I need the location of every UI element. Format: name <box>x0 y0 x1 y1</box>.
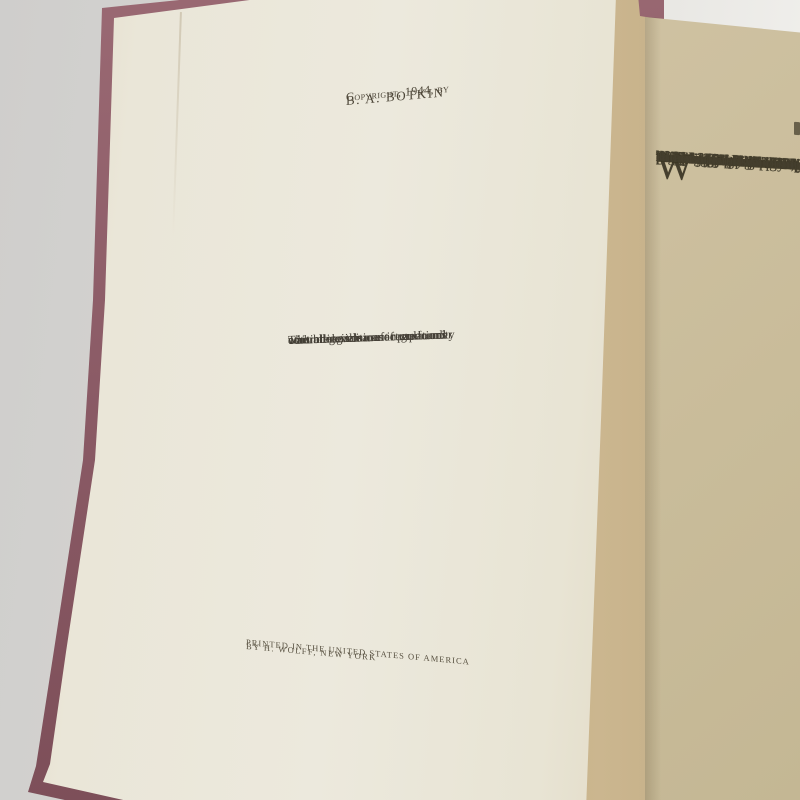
gutter-shadow <box>645 17 661 800</box>
photo-of-open-book: Copyright, 1944, by B. A. BOTKIN This bo… <box>0 0 800 800</box>
cutoff-character-fragment <box>794 122 800 135</box>
wartime-notice-line: other materials. <box>288 330 365 347</box>
